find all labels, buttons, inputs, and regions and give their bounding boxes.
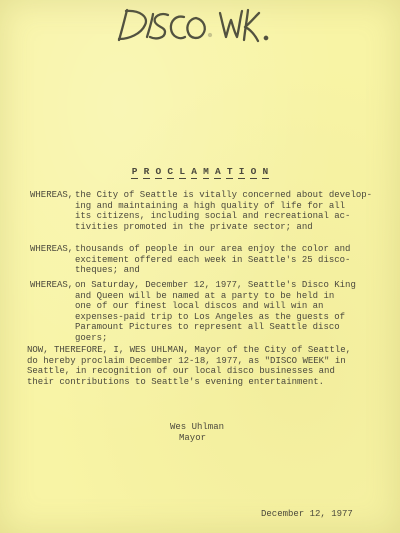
title-letter: M <box>203 166 210 179</box>
document-date: December 12, 1977 <box>261 509 353 519</box>
title-letter: T <box>226 166 233 179</box>
handwriting-letter-o <box>187 18 204 38</box>
title-letter: I <box>238 166 245 179</box>
whereas-text: on Saturday, December 12, 1977, Seattle'… <box>75 280 380 343</box>
title-letter: P <box>131 166 138 179</box>
whereas-text: thousands of people in our area enjoy th… <box>75 244 380 276</box>
title-letter: C <box>167 166 174 179</box>
whereas-text: the City of Seattle is vitally concerned… <box>75 190 380 232</box>
handwriting-period <box>265 37 267 39</box>
title-letter: O <box>155 166 162 179</box>
handwriting-letter-d <box>119 10 127 40</box>
handwriting-letter-c <box>171 17 185 39</box>
title-letter: N <box>262 166 269 179</box>
whereas-paragraph-2: WHEREAS, thousands of people in our area… <box>30 244 380 276</box>
whereas-label: WHEREAS, <box>30 190 73 201</box>
title-letter: L <box>179 166 186 179</box>
signature-title: Mayor <box>179 433 206 443</box>
handwriting-letter-i <box>147 14 153 37</box>
whereas-paragraph-1: WHEREAS, the City of Seattle is vitally … <box>30 190 380 232</box>
handwriting-letter-w <box>220 11 242 37</box>
proclamation-document: PROCLAMATION WHEREAS, the City of Seattl… <box>0 0 400 533</box>
title-letter: R <box>143 166 150 179</box>
closing-paragraph: NOW, THEREFORE, I, WES UHLMAN, Mayor of … <box>27 345 351 387</box>
page-title: PROCLAMATION <box>0 166 400 179</box>
title-letter: A <box>191 166 198 179</box>
whereas-label: WHEREAS, <box>30 244 73 255</box>
handwriting-smudge-dot <box>209 34 211 36</box>
title-letter: O <box>250 166 257 179</box>
whereas-label: WHEREAS, <box>30 280 73 291</box>
signature-name: Wes Uhlman <box>170 422 224 432</box>
whereas-paragraph-3: WHEREAS, on Saturday, December 12, 1977,… <box>30 280 380 343</box>
handwritten-note-disco-wk <box>108 4 273 50</box>
title-letter: A <box>214 166 221 179</box>
